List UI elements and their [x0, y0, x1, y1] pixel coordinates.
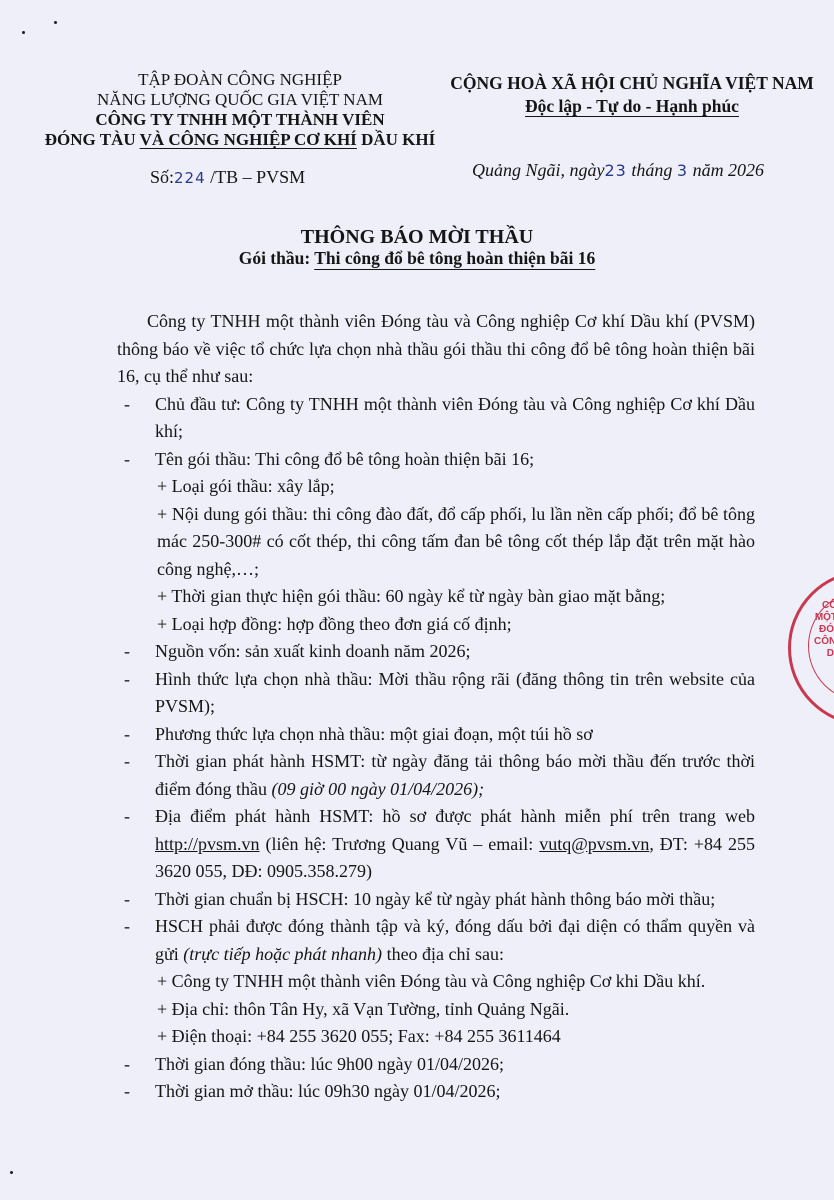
item-text: theo địa chỉ sau: — [382, 944, 504, 964]
item-text: Thời gian chuẩn bị HSCH: 10 ngày kể từ n… — [155, 889, 715, 909]
list-item-hsmt-time: -Thời gian phát hành HSMT: từ ngày đăng … — [117, 748, 755, 803]
item-text: Hình thức lựa chọn nhà thầu: Mời thầu rộ… — [155, 669, 755, 717]
bullet-dash: - — [124, 446, 130, 474]
doc-no-prefix: Số: — [150, 167, 174, 187]
scan-speck — [22, 31, 25, 34]
list-item-closing-time: -Thời gian đóng thầu: lúc 9h00 ngày 01/0… — [117, 1051, 755, 1079]
bullet-dash: - — [124, 721, 130, 749]
seal-center-text: CÔ T MỘT TH ĐÓNG CÔNG C DẦ — [812, 600, 834, 660]
item-text: Tên gói thầu: Thi công đổ bê tông hoàn t… — [155, 449, 534, 469]
national-motto: Độc lập - Tự do - Hạnh phúc — [525, 96, 739, 116]
item-text: Chủ đầu tư: Công ty TNHH một thành viên … — [155, 394, 755, 442]
list-item-prep-time: -Thời gian chuẩn bị HSCH: 10 ngày kể từ … — [117, 886, 755, 914]
item-text: Thời gian đóng thầu: lúc 9h00 ngày 01/04… — [155, 1054, 504, 1074]
bullet-dash: - — [124, 666, 130, 694]
scan-speck — [10, 1171, 13, 1174]
list-item-submission: -HSCH phải được đóng thành tập và ký, đó… — [117, 913, 755, 968]
document-page: TẬP ĐOÀN CÔNG NGHIỆP NĂNG LƯỢNG QUỐC GIA… — [0, 0, 834, 1200]
sub-item-address-company: + Công ty TNHH một thành viên Đóng tàu v… — [117, 968, 755, 996]
date-suffix: năm 2026 — [688, 160, 764, 180]
bullet-dash: - — [124, 748, 130, 776]
company-name-part-a: ĐÓNG TÀU — [45, 130, 140, 149]
national-header: CỘNG HOÀ XÃ HỘI CHỦ NGHĨA VIỆT NAM Độc l… — [430, 72, 834, 118]
sub-item-package-content: + Nội dung gói thầu: thi công đào đất, đ… — [117, 501, 755, 584]
bullet-dash: - — [124, 1051, 130, 1079]
item-text: Địa điểm phát hành HSMT: hồ sơ được phát… — [155, 806, 755, 826]
date-day-handwritten: 23 — [605, 161, 627, 180]
date-mid: tháng — [627, 160, 677, 180]
deadline-italic: (09 giờ 00 ngày 01/04/2026); — [271, 779, 484, 799]
nation-name: CỘNG HOÀ XÃ HỘI CHỦ NGHĨA VIỆT NAM — [430, 72, 834, 95]
item-text: Phương thức lựa chọn nhà thầu: một giai … — [155, 724, 593, 744]
bullet-dash: - — [124, 803, 130, 831]
company-name-part-b: VÀ CÔNG NGHIỆP CƠ KHÍ — [140, 130, 357, 149]
list-item-selection-method: -Phương thức lựa chọn nhà thầu: một giai… — [117, 721, 755, 749]
document-body: Công ty TNHH một thành viên Đóng tàu và … — [117, 308, 755, 1106]
scan-speck — [54, 21, 57, 24]
delivery-method-italic: (trực tiếp hoặc phát nhanh) — [183, 944, 382, 964]
group-name-line1: TẬP ĐOÀN CÔNG NGHIỆP — [40, 70, 440, 90]
date-month-handwritten: 3 — [677, 161, 688, 180]
company-name-line2: ĐÓNG TÀU VÀ CÔNG NGHIỆP CƠ KHÍ DẦU KHÍ — [40, 130, 440, 150]
sub-item-phone: + Điện thoại: +84 255 3620 055; Fax: +84… — [117, 1023, 755, 1051]
bullet-dash: - — [124, 1078, 130, 1106]
doc-no-handwritten: 224 — [174, 169, 206, 187]
list-item-selection-form: -Hình thức lựa chọn nhà thầu: Mời thầu r… — [117, 666, 755, 721]
company-name-line1: CÔNG TY TNHH MỘT THÀNH VIÊN — [40, 110, 440, 130]
document-number: Số:224 /TB – PVSM — [150, 167, 305, 188]
list-item-investor: -Chủ đầu tư: Công ty TNHH một thành viên… — [117, 391, 755, 446]
item-text: Nguồn vốn: sản xuất kinh doanh năm 2026; — [155, 641, 470, 661]
bullet-dash: - — [124, 391, 130, 419]
sub-item-address: + Địa chỉ: thôn Tân Hy, xã Vạn Tường, tỉ… — [117, 996, 755, 1024]
place-date: Quảng Ngãi, ngày23 tháng 3 năm 2026 — [472, 160, 764, 181]
subtitle-label: Gói thầu: — [239, 248, 315, 268]
list-item-package-name: -Tên gói thầu: Thi công đổ bê tông hoàn … — [117, 446, 755, 474]
date-prefix: Quảng Ngãi, ngày — [472, 160, 605, 180]
bullet-dash: - — [124, 638, 130, 666]
intro-paragraph: Công ty TNHH một thành viên Đóng tàu và … — [117, 308, 755, 391]
package-subtitle: Gói thầu: Thi công đổ bê tông hoàn thiện… — [0, 248, 834, 269]
list-item-funding: -Nguồn vốn: sản xuất kinh doanh năm 2026… — [117, 638, 755, 666]
list-item-opening-time: -Thời gian mở thầu: lúc 09h30 ngày 01/04… — [117, 1078, 755, 1106]
list-item-hsmt-place: -Địa điểm phát hành HSMT: hồ sơ được phá… — [117, 803, 755, 886]
item-text: (liên hệ: Trương Quang Vũ – email: — [260, 834, 540, 854]
bullet-dash: - — [124, 913, 130, 941]
email-link[interactable]: vutq@pvsm.vn — [539, 834, 649, 854]
item-text: Thời gian mở thầu: lúc 09h30 ngày 01/04/… — [155, 1081, 501, 1101]
company-name-part-c: DẦU KHÍ — [357, 130, 435, 149]
sub-item-contract-type: + Loại hợp đồng: hợp đồng theo đơn giá c… — [117, 611, 755, 639]
doc-no-suffix: /TB – PVSM — [206, 167, 306, 187]
document-title: THÔNG BÁO MỜI THẦU — [0, 226, 834, 249]
issuer-header: TẬP ĐOÀN CÔNG NGHIỆP NĂNG LƯỢNG QUỐC GIA… — [40, 70, 440, 150]
group-name-line2: NĂNG LƯỢNG QUỐC GIA VIỆT NAM — [40, 90, 440, 110]
bullet-dash: - — [124, 886, 130, 914]
sub-item-package-type: + Loại gói thầu: xây lắp; — [117, 473, 755, 501]
sub-item-package-duration: + Thời gian thực hiện gói thầu: 60 ngày … — [117, 583, 755, 611]
website-link[interactable]: http://pvsm.vn — [155, 834, 260, 854]
subtitle-value: Thi công đổ bê tông hoàn thiện bãi 16 — [314, 248, 595, 268]
